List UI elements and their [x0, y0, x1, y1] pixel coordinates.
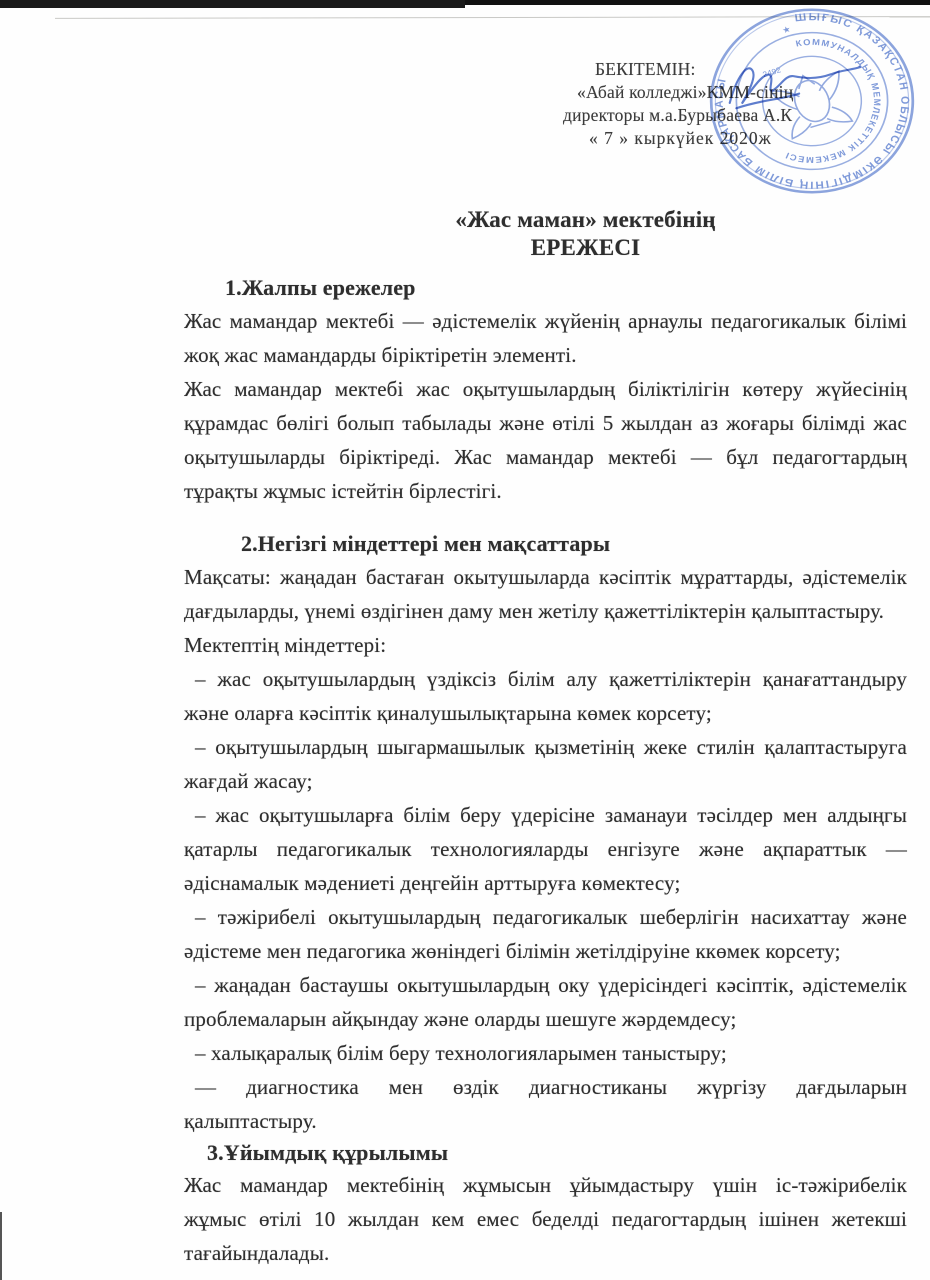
text-line: проблемаларын айқындау және оларды шешуг… [184, 1002, 907, 1036]
scanned-document-page: БЕКІТЕМІН: «Абай колледжі»КММ-сінің дире… [0, 0, 930, 1280]
scan-edge-artifact [0, 1212, 2, 1280]
paragraph: Жас мамандар мектебі жас оқытушылардың б… [184, 372, 907, 508]
paragraph: Жас мамандар мектебі — әдістемелік жүйен… [184, 304, 907, 372]
paragraph: Жас мамандар мектебінің жұмысын ұйымдаст… [184, 1168, 907, 1270]
text-line: – халықаралық білім беру технологияларым… [184, 1036, 907, 1070]
text-line: жұмыс өтілі 10 жылдан кем емес беделді п… [184, 1202, 907, 1236]
text-line: жағдай жасау; [184, 764, 907, 798]
text-line: – оқытушылардың шыгармашылык қызметінің … [184, 730, 907, 764]
text-line: Жас мамандар мектебі — әдістемелік жүйен… [184, 304, 907, 338]
title-line-2: ЕРЕЖЕСІ [264, 234, 907, 262]
title-line-1: «Жас маман» мектебінің [264, 206, 907, 234]
section-body: Жас мамандар мектебі — әдістемелік жүйен… [184, 304, 907, 508]
section-heading: 2.Негізгі міндеттері мен мақсаттары [241, 528, 907, 560]
text-line: әдіснамалык мәдениеті деңгейін арттыруға… [184, 866, 907, 900]
section-heading: 1.Жалпы ережелер [225, 272, 907, 304]
document-body: «Жас маман» мектебінің ЕРЕЖЕСІ 1.Жалпы е… [184, 206, 907, 1270]
paragraph: Мектептің міндеттері: [184, 628, 907, 662]
text-line: және оларға кәсіптік қиналушылықтарына к… [184, 696, 907, 730]
text-line: тұрақты жұмыс істейтін бірлестігі. [184, 474, 907, 508]
text-line: – жаңадан бастаушы окытушылардың оку үде… [184, 968, 907, 1002]
section-structure: 3.Ұйымдық құрылымы Жас мамандар мектебін… [184, 1138, 907, 1270]
paragraph: – халықаралық білім беру технологияларым… [184, 1036, 907, 1070]
section-body: Жас мамандар мектебінің жұмысын ұйымдаст… [184, 1168, 907, 1270]
paragraph: – тәжірибелі окытушылардың педагогикалык… [184, 900, 907, 968]
paragraph: – жас оқытушыларға білім беру үдерісіне … [184, 798, 907, 900]
text-line: оқытушыларды біріктіреді. Жас мамандар м… [184, 440, 907, 474]
paragraph: – жаңадан бастаушы окытушылардың оку үде… [184, 968, 907, 1036]
document-title: «Жас маман» мектебінің ЕРЕЖЕСІ [184, 206, 907, 262]
text-line: Жас мамандар мектебінің жұмысын ұйымдаст… [184, 1168, 907, 1202]
section-heading: 3.Ұйымдық құрылымы [207, 1138, 907, 1168]
section-general: 1.Жалпы ережелер Жас мамандар мектебі — … [184, 272, 907, 508]
paragraph: Мақсаты: жаңадан бастаған окытушыларда к… [184, 560, 907, 628]
paragraph: – жас оқытушылардың үздіксіз білім алу қ… [184, 662, 907, 730]
text-line: – жас оқытушылардың үздіксіз білім алу қ… [184, 662, 907, 696]
text-line: қалыптастыру. [184, 1104, 907, 1138]
section-goals: 2.Негізгі міндеттері мен мақсаттары Мақс… [184, 528, 907, 1138]
section-body: Мақсаты: жаңадан бастаған окытушыларда к… [184, 560, 907, 1138]
paragraph: – оқытушылардың шыгармашылык қызметінің … [184, 730, 907, 798]
text-line: жоқ жас мамандарды біріктіретін элементі… [184, 338, 907, 372]
text-line: — диагностика мен өздік диагностиканы жү… [184, 1070, 907, 1104]
scan-edge-artifact [0, 0, 465, 8]
paragraph: — диагностика мен өздік диагностиканы жү… [184, 1070, 907, 1138]
stamp-star: ★ [781, 24, 792, 35]
text-line: әдістеме мен педагогика жөніндегі білімі… [184, 934, 907, 968]
text-line: – жас оқытушыларға білім беру үдерісіне … [184, 798, 907, 832]
text-line: Жас мамандар мектебі жас оқытушылардың б… [184, 372, 907, 406]
text-line: құрамдас бөлігі болып табылады және өтіл… [184, 406, 907, 440]
text-line: тағайындалады. [184, 1236, 907, 1270]
text-line: – тәжірибелі окытушылардың педагогикалык… [184, 900, 907, 934]
text-line: Мақсаты: жаңадан бастаған окытушыларда к… [184, 560, 907, 594]
text-line: қатарлы педагогикалык технологияларды ен… [184, 832, 907, 866]
text-line: дағдыларды, үнемі өздігінен даму мен жет… [184, 594, 907, 628]
text-line: Мектептің міндеттері: [184, 628, 907, 662]
